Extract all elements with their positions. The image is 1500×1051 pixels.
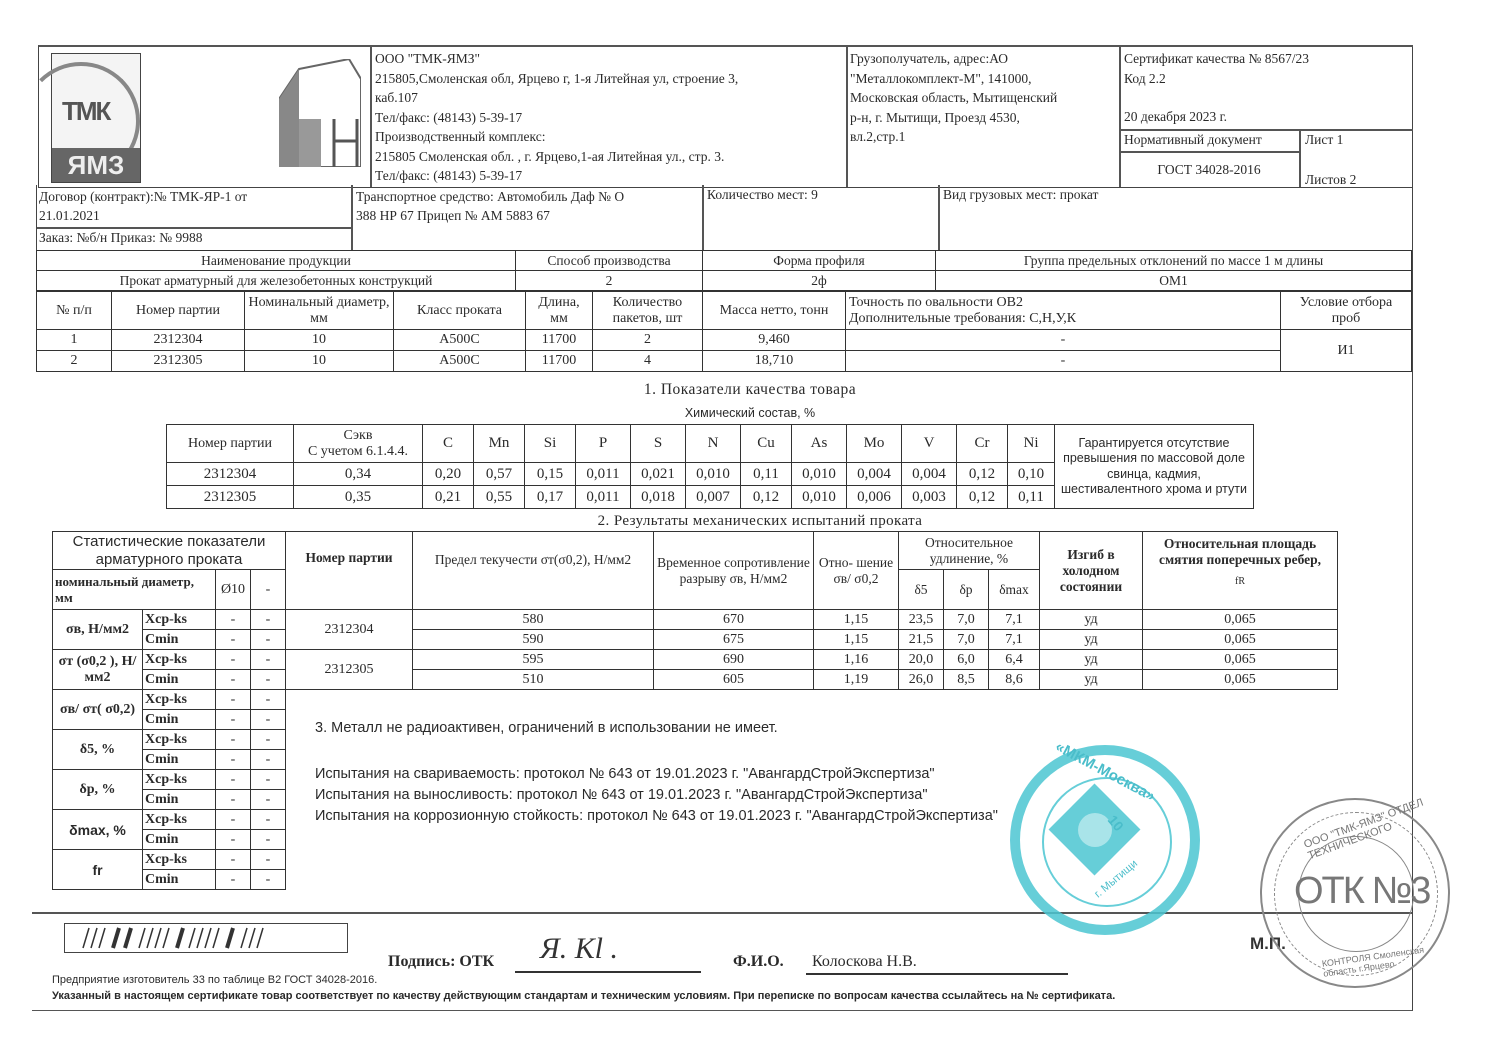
product-table: Наименование продукции Способ производст… xyxy=(36,250,1412,291)
stat-row: σв, Н/мм2 Хср-ks - - 2312304 580 670 1,1… xyxy=(53,610,1338,630)
section1-title: 1. Показатели качества товара xyxy=(0,381,1500,399)
footer-note-manufacturer: Предприятие изготовитель 33 по таблице В… xyxy=(52,974,377,986)
certificate-info: Сертификат качества № 8567/23 Код 2.2 20… xyxy=(1124,49,1309,127)
header-block: ТМК ЯМЗ ООО "ТМК-ЯМЗ" 215805,Смоленская … xyxy=(38,45,1413,188)
mc-house-logo xyxy=(279,59,361,167)
lot-row: 1 2312304 10 А500С 11700 2 9,460 - И1 xyxy=(37,330,1412,351)
signature: Я. Кl . xyxy=(540,932,618,966)
consignee-info: Грузополучатель, адрес:АО "Металлокомпле… xyxy=(850,49,1057,147)
signature-label: Подпись: ОТК xyxy=(388,953,494,971)
certificate-number: Сертификат качества № 8567/23 xyxy=(1124,49,1309,69)
stat-row: σт (σ0,2 ), Н/мм2 Хср-ks - - 2312305 595… xyxy=(53,650,1338,670)
certificate-date: 20 декабря 2023 г. xyxy=(1124,107,1309,127)
fio-value: Колоскова Н.В. xyxy=(812,953,917,971)
lots-table: № п/п Номер партии Номинальный диаметр, … xyxy=(36,291,1412,372)
heavy-metals-note: Гарантируется отсутствие превышения по м… xyxy=(1055,425,1254,509)
stat-row: Cmin - - 590 675 1,15 21,5 7,0 7,1 уд 0,… xyxy=(53,630,1338,650)
lot-row: 2 2312305 10 А500С 11700 4 18,710 - xyxy=(37,351,1412,372)
fio-label: Ф.И.О. xyxy=(733,953,784,971)
section1-subtitle: Химический состав, % xyxy=(0,406,1500,420)
barcode-hatch xyxy=(64,923,348,953)
footer-note-conformity: Указанный в настоящем сертификате товар … xyxy=(52,990,1115,1002)
normative-document: ГОСТ 34028-2016 xyxy=(1119,162,1299,178)
chemical-composition-table: Номер партии Сэкв С учетом 6.1.4.4. C Mn… xyxy=(166,424,1254,509)
radioactivity-statement: 3. Металл не радиоактивен, ограничений в… xyxy=(315,720,778,736)
section2-title: 2. Результаты механических испытаний про… xyxy=(0,513,1500,530)
stat-row: σв/ σт( σ0,2) Хср-ks - - xyxy=(53,690,1338,710)
test-protocols: Испытания на свариваемость: протокол № 6… xyxy=(315,764,998,827)
contract-block: Договор (контракт):№ ТМК-ЯР-1 от 21.01.2… xyxy=(36,185,1413,251)
manufacturer-info: ООО "ТМК-ЯМЗ" 215805,Смоленская обл, Ярц… xyxy=(375,49,738,186)
mkm-moscow-stamp: «МКМ-Москва» 10 г. Мытищи xyxy=(1010,745,1200,935)
sampling-condition: И1 xyxy=(1281,330,1412,372)
tmk-logo: ТМК ЯМЗ xyxy=(51,53,141,183)
stat-row: Cmin - - 510 605 1,19 26,0 8,5 8,6 уд 0,… xyxy=(53,670,1338,690)
otk-stamp: ООО "ТМК-ЯМЗ" ОТДЕЛ ТЕХНИЧЕСКОГО ОТК №3 … xyxy=(1260,798,1450,988)
